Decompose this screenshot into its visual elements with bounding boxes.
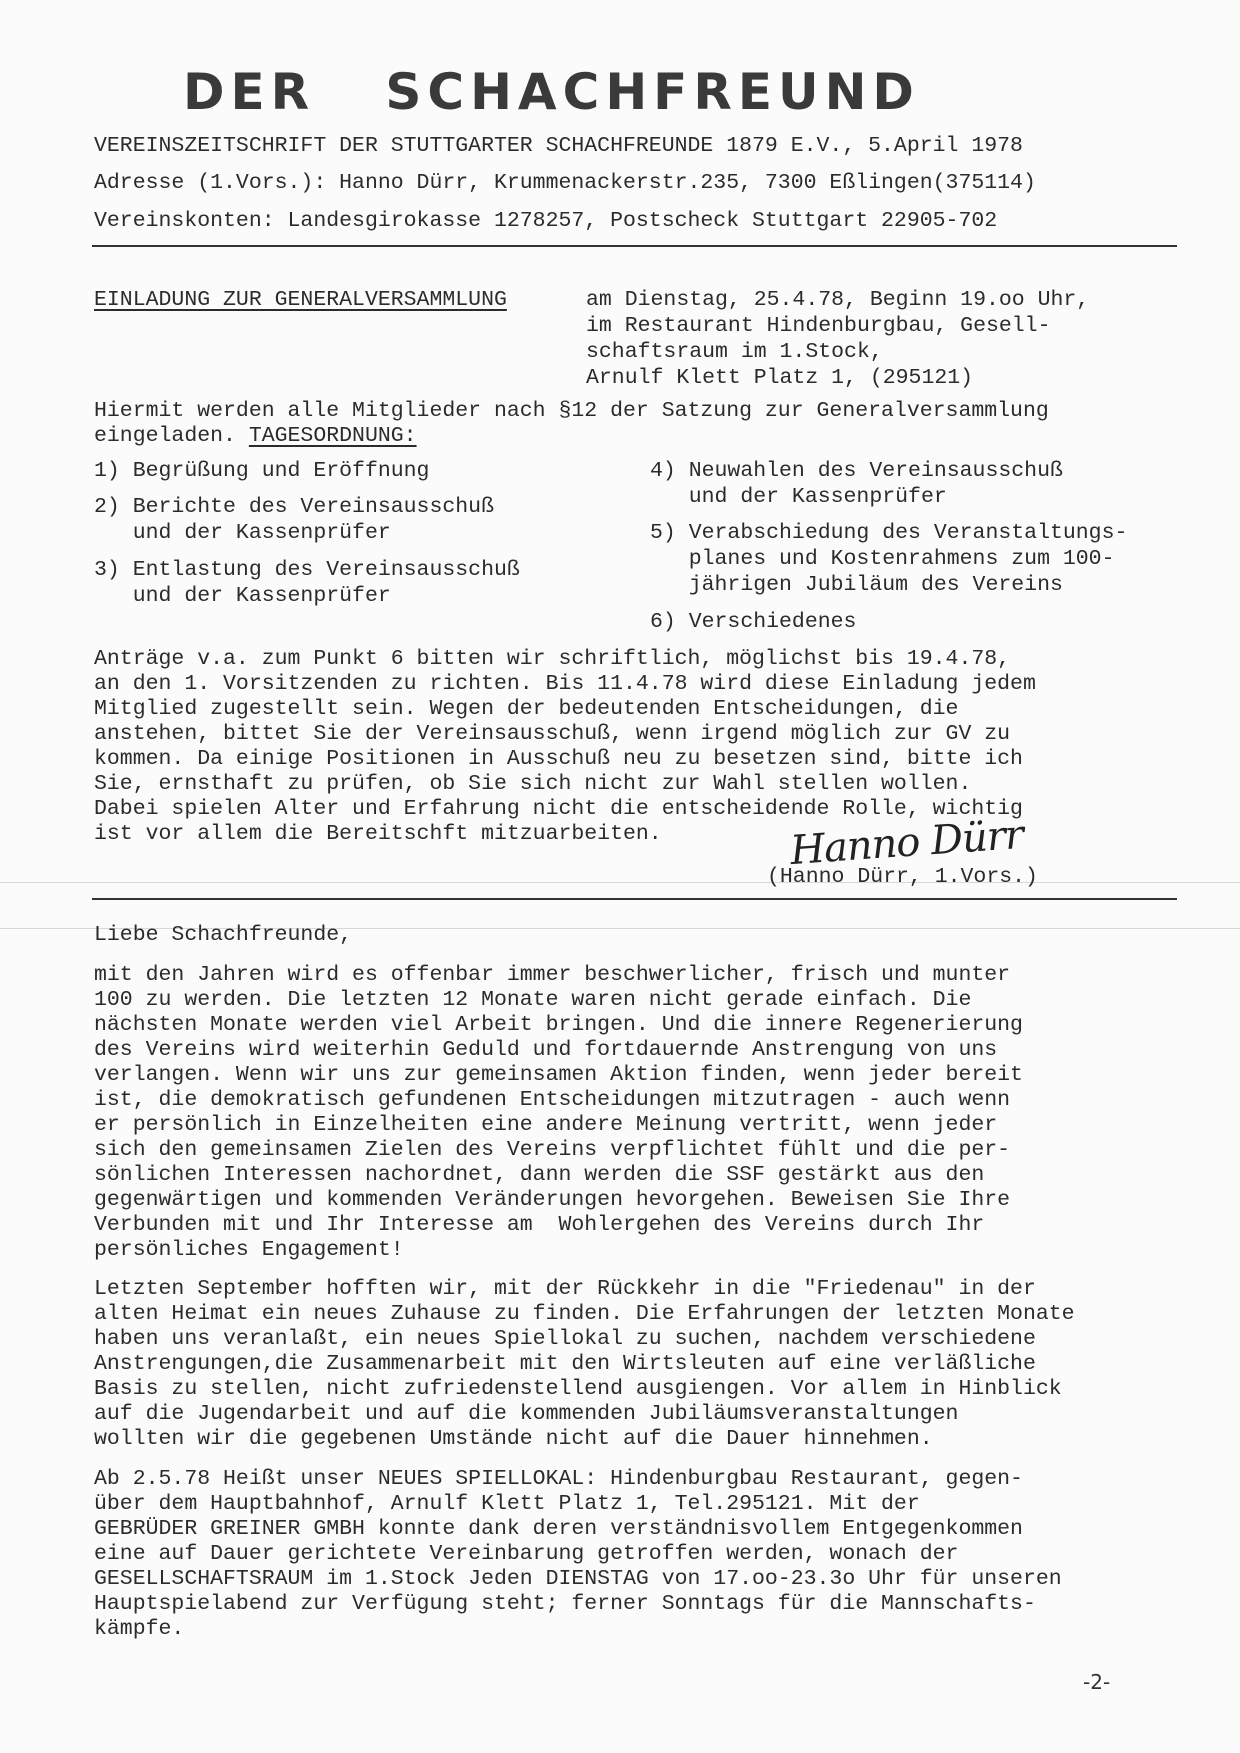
agenda-label: TAGESORDNUNG: (249, 424, 417, 448)
letter-line: Ab 2.5.78 Heißt unser NEUES SPIELLOKAL: … (94, 1466, 1023, 1492)
agenda-item: 6) Verschiedenes (650, 609, 856, 635)
letter-line: alten Heimat ein neues Zuhause zu finden… (94, 1301, 1075, 1327)
invitation-detail: schaftsraum im 1.Stock, (586, 339, 883, 365)
chairman-address: Adresse (1.Vors.): Hanno Dürr, Krummenac… (94, 170, 1036, 196)
intro-text: eingeladen. (94, 424, 249, 448)
header-divider (92, 245, 1177, 247)
letter-line: Verbunden mit und Ihr Interesse am Wohle… (94, 1212, 984, 1238)
letter-line: über dem Hauptbahnhof, Arnulf Klett Plat… (94, 1491, 920, 1517)
letter-greeting: Liebe Schachfreunde, (94, 922, 352, 948)
letter-line: persönliches Engagement! (94, 1237, 404, 1263)
section-divider (92, 898, 1177, 900)
body-line: Sie, ernsthaft zu prüfen, ob Sie sich ni… (94, 771, 971, 797)
letter-line: Hauptspielabend zur Verfügung steht; fer… (94, 1591, 1036, 1617)
letter-line: mit den Jahren wird es offenbar immer be… (94, 962, 1010, 988)
letter-line: gegenwärtigen und kommenden Veränderunge… (94, 1187, 1010, 1213)
page-number: -2- (1083, 1670, 1110, 1694)
letter-line: sönlichen Interessen nachordnet, dann we… (94, 1162, 984, 1188)
agenda-item: 2) Berichte des Vereinsausschuß (94, 494, 494, 520)
letter-line: Basis zu stellen, nicht zufriedenstellen… (94, 1376, 1062, 1402)
body-line: anstehen, bittet Sie der Vereinsausschuß… (94, 721, 1010, 747)
signature-name: (Hanno Dürr, 1.Vors.) (767, 864, 1038, 890)
agenda-item-cont: und der Kassenprüfer (94, 583, 391, 609)
invitation-intro-2: eingeladen. TAGESORDNUNG: (94, 423, 417, 449)
letter-line: wollten wir die gegebenen Umstände nicht… (94, 1426, 933, 1452)
agenda-item-cont: jährigen Jubiläum des Vereins (650, 572, 1063, 598)
letter-line: 100 zu werden. Die letzten 12 Monate war… (94, 987, 971, 1013)
letter-line: eine auf Dauer gerichtete Vereinbarung g… (94, 1541, 958, 1567)
page-fold (0, 882, 1240, 883)
letter-line: sich den gemeinsamen Zielen des Vereins … (94, 1137, 1010, 1163)
body-line: ist vor allem die Bereitschft mitzuarbei… (94, 821, 662, 847)
agenda-item-cont: planes und Kostenrahmens zum 100- (650, 546, 1114, 572)
letter-line: kämpfe. (94, 1616, 184, 1642)
letter-line: Letzten September hofften wir, mit der R… (94, 1276, 1036, 1302)
body-line: an den 1. Vorsitzenden zu richten. Bis 1… (94, 671, 1036, 697)
document-page: DER SCHACHFREUND VEREINSZEITSCHRIFT DER … (0, 0, 1240, 1753)
letter-line: verlangen. Wenn wir uns zur gemeinsamen … (94, 1062, 1023, 1088)
agenda-item: 5) Verabschiedung des Veranstaltungs- (650, 520, 1127, 546)
letter-line: Anstrengungen,die Zusammenarbeit mit den… (94, 1351, 1036, 1377)
letter-line: GESELLSCHAFTSRAUM im 1.Stock Jeden DIENS… (94, 1566, 1062, 1592)
letter-line: nächsten Monate werden viel Arbeit bring… (94, 1012, 1023, 1038)
invitation-heading: EINLADUNG ZUR GENERALVERSAMMLUNG (94, 287, 507, 313)
body-line: Dabei spielen Alter und Erfahrung nicht … (94, 796, 1023, 822)
agenda-item: 1) Begrüßung und Eröffnung (94, 458, 429, 484)
agenda-item: 4) Neuwahlen des Vereinsausschuß (650, 458, 1063, 484)
bank-accounts: Vereinskonten: Landesgirokasse 1278257, … (94, 208, 997, 234)
invitation-intro: Hiermit werden alle Mitglieder nach §12 … (94, 398, 1049, 424)
invitation-detail: am Dienstag, 25.4.78, Beginn 19.oo Uhr, (586, 287, 1089, 313)
letter-line: des Vereins wird weiterhin Geduld und fo… (94, 1037, 997, 1063)
invitation-detail: im Restaurant Hindenburgbau, Gesell- (586, 313, 1050, 339)
masthead-title: DER SCHACHFREUND (183, 64, 973, 120)
letter-line: ist, die demokratisch gefundenen Entsche… (94, 1087, 1010, 1113)
letter-line: auf die Jugendarbeit und auf die kommend… (94, 1401, 958, 1427)
letter-line: er persönlich in Einzelheiten eine ander… (94, 1112, 997, 1138)
agenda-item-cont: und der Kassenprüfer (650, 484, 947, 510)
agenda-item: 3) Entlastung des Vereinsausschuß (94, 557, 520, 583)
body-line: kommen. Da einige Positionen in Ausschuß… (94, 746, 1023, 772)
body-line: Anträge v.a. zum Punkt 6 bitten wir schr… (94, 646, 1010, 672)
letter-line: GEBRÜDER GREINER GMBH konnte dank deren … (94, 1516, 1023, 1542)
invitation-detail: Arnulf Klett Platz 1, (295121) (586, 365, 973, 391)
agenda-item-cont: und der Kassenprüfer (94, 520, 391, 546)
letter-line: haben uns veranlaßt, ein neues Spielloka… (94, 1326, 1036, 1352)
publication-subtitle: VEREINSZEITSCHRIFT DER STUTTGARTER SCHAC… (94, 133, 1023, 159)
body-line: Mitglied zugestellt sein. Wegen der bede… (94, 696, 958, 722)
